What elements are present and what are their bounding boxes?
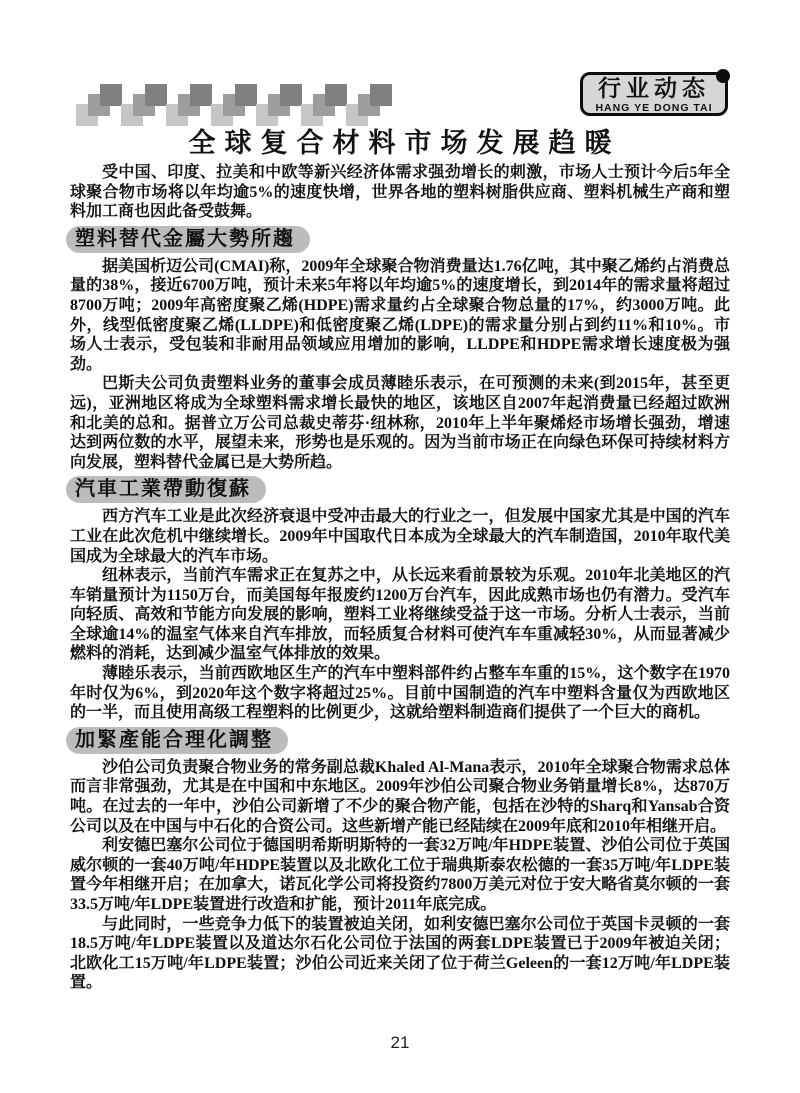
article-body: 受中国、印度、拉美和中欧等新兴经济体需求强劲增长的刺激，市场人士预计今后5年全球…	[70, 163, 730, 993]
page-header: 行业动态 HANG YE DONG TAI	[70, 72, 730, 126]
section-paragraph: 西方汽车工业是此次经济衰退中受冲击最大的行业之一，但发展中国家尤其是中国的汽车工…	[70, 507, 730, 566]
badge-pinyin: HANG YE DONG TAI	[583, 102, 725, 114]
badge-corner-dot-icon	[716, 69, 730, 83]
magazine-page: 行业动态 HANG YE DONG TAI 全球复合材料市场发展趋暖 受中国、印…	[0, 0, 800, 1093]
section-paragraph: 巴斯夫公司负责塑料业务的董事会成员薄睦乐表示，在可预测的未来(到2015年，甚至…	[70, 374, 730, 472]
decor-square	[145, 84, 167, 106]
badge-title: 行业动态	[583, 76, 725, 102]
decor-square	[100, 84, 122, 106]
section-paragraph: 薄睦乐表示，当前西欧地区生产的汽车中塑料部件约占整车车重的15%，这个数字在19…	[70, 664, 730, 723]
intro-paragraph: 受中国、印度、拉美和中欧等新兴经济体需求强劲增长的刺激，市场人士预计今后5年全球…	[70, 163, 730, 222]
decor-square	[325, 84, 347, 106]
section-heading-plastics-replace-metal: 塑料替代金屬大勢所趨	[66, 226, 310, 253]
section-paragraph: 沙伯公司负责聚合物业务的常务副总裁Khaled Al-Mana表示，2010年全…	[70, 758, 730, 836]
page-number: 21	[0, 1033, 800, 1053]
decor-square	[235, 84, 257, 106]
section-heading-capacity-rationalization: 加緊產能合理化調整	[66, 727, 288, 754]
section-paragraph: 纽林表示，当前汽车需求正在复苏之中，从长远来看前景较为乐观。2010年北美地区的…	[70, 566, 730, 664]
section-paragraph: 据美国析迈公司(CMAI)称，2009年全球聚合物消费量达1.76亿吨，其中聚乙…	[70, 257, 730, 375]
decor-square	[190, 84, 212, 106]
decor-square	[280, 84, 302, 106]
section-heading-auto-industry-recovery: 汽車工業帶動復蘇	[66, 476, 266, 503]
decor-square	[370, 84, 392, 106]
section-paragraph: 与此同时，一些竞争力低下的装置被迫关闭，如利安德巴塞尔公司位于英国卡灵顿的一套1…	[70, 915, 730, 993]
section-paragraph: 利安德巴塞尔公司位于德国明希斯明斯特的一套32万吨/年HDPE装置、沙伯公司位于…	[70, 836, 730, 914]
industry-news-badge: 行业动态 HANG YE DONG TAI	[580, 72, 728, 116]
decor-squares-band	[76, 84, 416, 128]
article-title: 全球复合材料市场发展趋暖	[70, 128, 730, 160]
